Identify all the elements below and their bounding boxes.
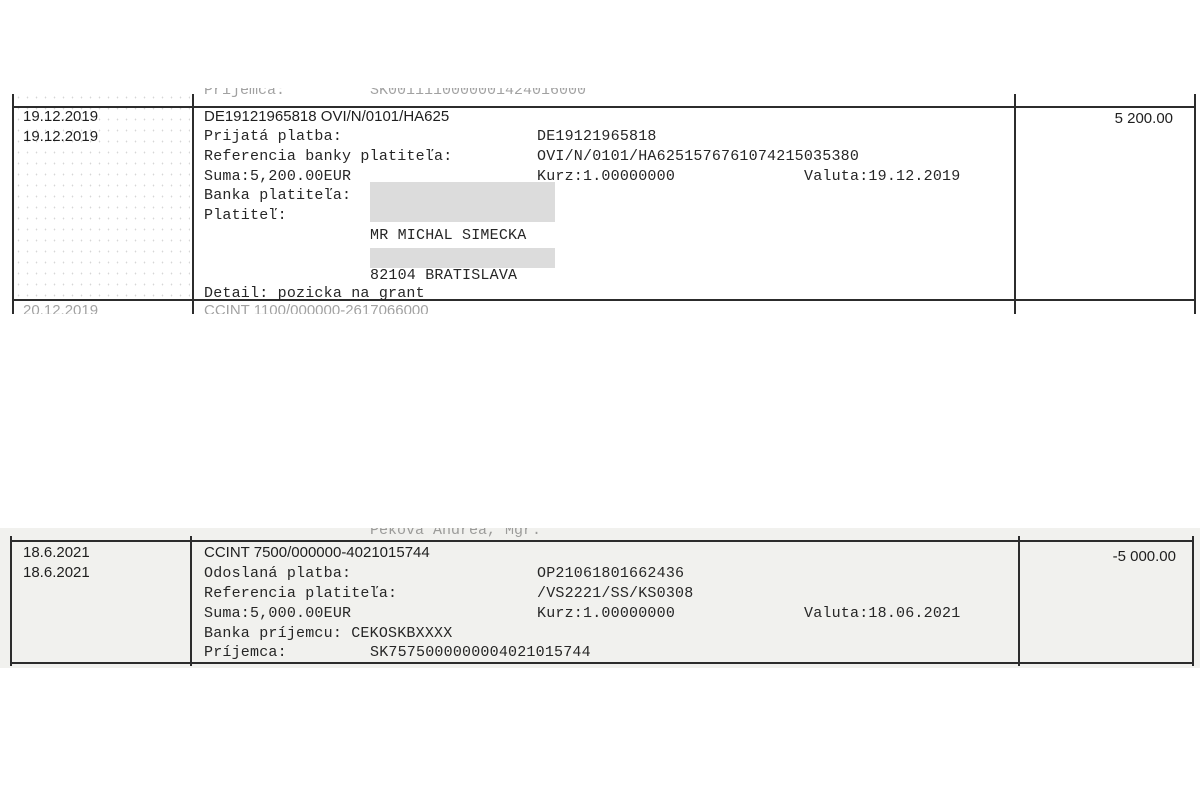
table-border-right <box>1194 94 1196 314</box>
line-label: Banka príjemcu: CEKOSKBXXXX <box>204 625 452 642</box>
value-date: 18.6.2021 <box>23 564 90 581</box>
line-label: Suma:5,200.00EUR <box>204 168 351 185</box>
transaction-amount: 5 200.00 <box>1115 110 1173 127</box>
line-value: OVI/N/0101/HA6251576761074215035380 <box>537 148 859 165</box>
redaction-block <box>370 182 555 222</box>
line-label: Príjemca: <box>204 644 287 661</box>
payer-city: 82104 BRATISLAVA <box>370 267 517 284</box>
line-value: DE19121965818 <box>537 128 657 145</box>
line-label: Odoslaná platba: <box>204 565 351 582</box>
line-label: Prijatá platba: <box>204 128 342 145</box>
cut-bottom-header: CCINT 1100/000000-2617066000 <box>204 302 429 314</box>
line-value: SK7575000000004021015744 <box>370 644 591 661</box>
cut-top-value: SK0011110000001424016000 <box>370 88 586 99</box>
table-divider-date <box>192 94 194 314</box>
table-border-right <box>1192 536 1194 666</box>
transaction-amount: -5 000.00 <box>1113 548 1176 565</box>
booking-date: 19.12.2019 <box>23 108 98 125</box>
payer-name: MR MICHAL SIMECKA <box>370 227 526 244</box>
booking-date: 18.6.2021 <box>23 544 90 561</box>
line-label: Suma:5,000.00EUR <box>204 605 351 622</box>
line-value: Kurz:1.00000000 <box>537 605 675 622</box>
redaction-block <box>370 248 555 268</box>
value-date: 19.12.2019 <box>23 128 98 145</box>
row-separator-bottom <box>12 299 1194 301</box>
line-extra: Valuta:18.06.2021 <box>804 605 960 622</box>
transaction-header: CCINT 7500/000000-4021015744 <box>204 544 430 561</box>
table-divider-amount <box>1018 536 1020 666</box>
table-border-left <box>10 536 12 666</box>
statement-excerpt-2021: Pekova Andrea, Mgr. 18.6.2021 18.6.2021 … <box>0 528 1200 668</box>
transaction-header: DE19121965818 OVI/N/0101/HA625 <box>204 108 449 125</box>
row-separator-top <box>12 106 1194 108</box>
line-label: Platiteľ: <box>204 207 287 224</box>
line-label: Banka platiteľa: <box>204 187 351 204</box>
cut-top-value: Pekova Andrea, Mgr. <box>370 528 541 539</box>
cut-top-label: Príjemca: <box>204 88 285 99</box>
table-divider-date <box>190 536 192 666</box>
line-value: Kurz:1.00000000 <box>537 168 675 185</box>
line-value: OP21061801662436 <box>537 565 684 582</box>
cut-bottom-date: 20.12.2019 <box>23 302 98 314</box>
statement-excerpt-2019: Príjemca: SK0011110000001424016000 19.12… <box>0 88 1200 314</box>
row-separator-top <box>10 540 1192 542</box>
transaction-detail: Detail: pozicka na grant <box>204 285 425 302</box>
table-divider-amount <box>1014 94 1016 314</box>
line-label: Referencia banky platiteľa: <box>204 148 452 165</box>
row-separator-bottom <box>10 662 1192 664</box>
line-extra: Valuta:19.12.2019 <box>804 168 960 185</box>
table-border-left <box>12 94 14 314</box>
line-label: Referencia platiteľa: <box>204 585 397 602</box>
line-value: /VS2221/SS/KS0308 <box>537 585 693 602</box>
